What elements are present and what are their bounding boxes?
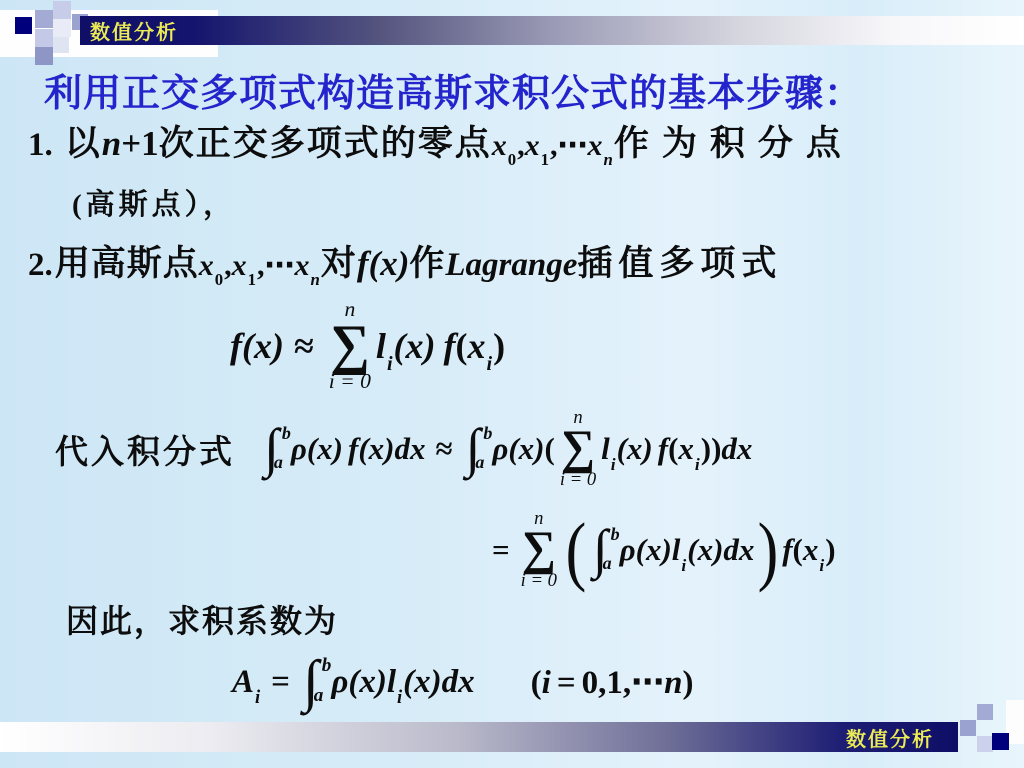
decor-square [15,17,32,34]
math-f-of-x: f(x) [357,244,409,284]
header-bar: 数值分析 [80,16,1024,45]
step1-continuation: (高斯点）， [72,182,236,223]
header-label: 数值分析 [90,16,178,45]
step2-number: 2. [28,247,53,283]
math-dx: dx [721,431,752,467]
equals-operator: = [271,664,290,701]
math-l-i-of-x: li(x) [376,325,436,367]
decor-square [960,720,976,736]
math-dx: dx [723,532,754,568]
step2-line: 2.用高斯点x0,x1,⋯xn对f(x)作Lagrange插值多项式 [28,236,782,286]
step2-text-zuo: 作 [409,244,445,283]
step1-text-pre: 以 [65,124,102,163]
math-dx: dx [394,431,425,467]
math-f-of-xi: f(xi) [782,532,835,568]
math-n-plus-1: n+1 [102,124,159,164]
step2-text-dui: 对 [321,244,357,283]
coefficient-derivation-line: = n∑i = 0 ( ∫ba ρ(x) li(x) dx ) f(xi) [486,503,836,597]
approx-operator: ≈ [294,325,314,367]
open-paren: ( [545,431,555,467]
math-f-of-x: f(x) [230,325,284,367]
math-dx: dx [442,664,475,701]
step1-text-post: 作为积分点 [614,124,854,163]
x-sequence: x0,x1,⋯xn [199,249,321,282]
math-f-of-xi: f(xi) [444,325,506,367]
math-rho-of-x: ρ(x) [620,532,672,568]
math-l-i-of-x: li(x) [601,431,653,467]
decor-square [53,37,69,53]
math-rho-of-x: ρ(x) [331,664,386,701]
index-range: (i=0,1,⋯n) [531,662,694,702]
step1-number: 1. [28,127,53,163]
decor-square [53,1,71,19]
step1-text-mid: 次正交多项式的零点 [159,124,492,163]
step2-text-pre: 用高斯点 [55,244,199,283]
coefficient-formula: Ai = ∫ba ρ(x) li(x) dx (i=0,1,⋯n) [232,638,693,726]
decor-square [977,704,993,720]
page-title: 利用正交多项式构造高斯求积公式的基本步骤： [44,62,863,117]
step2-text-post: 插值多项式 [577,244,782,283]
substitution-line: 代入积分式 ∫ba ρ(x) f(x) dx ≈ ∫ba ρ(x) ( n∑i … [55,398,752,500]
decor-square [992,733,1009,750]
big-close-paren: ) [758,520,779,580]
math-A-i: Ai [232,664,261,701]
approx-operator: ≈ [435,431,452,467]
summation-symbol: n∑i = 0 [329,299,371,392]
lagrange-word: Lagrange [445,247,577,283]
integral-symbol: ∫ba [466,423,490,475]
integral-symbol: ∫ba [593,524,617,576]
step1-line: 1.以n+1次正交多项式的零点x0,x1,⋯xn作为积分点 [28,116,854,166]
math-f-of-x: f(x) [348,431,394,467]
decor-square [35,10,53,28]
decor-square [53,19,71,37]
big-open-paren: ( [566,520,587,580]
summation-symbol: n∑i = 0 [521,510,557,590]
math-l-i-of-x: li(x) [672,532,724,568]
x-sequence: x0,x1,⋯xn [492,129,614,162]
footer-label: 数值分析 [846,722,934,752]
integral-symbol: ∫ba [303,655,328,710]
lagrange-interpolation-formula: f(x) ≈ n∑i = 0 li(x) f(xi) [230,300,505,392]
integral-symbol: ∫ba [264,423,288,475]
slide: 数值分析 利用正交多项式构造高斯求积公式的基本步骤： 1.以n+1次正交多项式的… [0,0,1024,768]
substitute-label: 代入积分式 [55,426,235,473]
math-rho-of-x: ρ(x) [291,431,343,467]
decor-square [35,29,53,47]
math-rho-of-x: ρ(x) [492,431,544,467]
decor-square [977,736,993,752]
equals-operator: = [492,532,510,568]
summation-symbol: n∑i = 0 [560,409,596,489]
footer-bar: 数值分析 [0,722,958,752]
math-l-i-of-x: li(x) [387,664,442,701]
math-f-of-xi: f(xi)) [658,431,722,467]
conclusion-label: 因此，求积系数为 [66,596,338,642]
